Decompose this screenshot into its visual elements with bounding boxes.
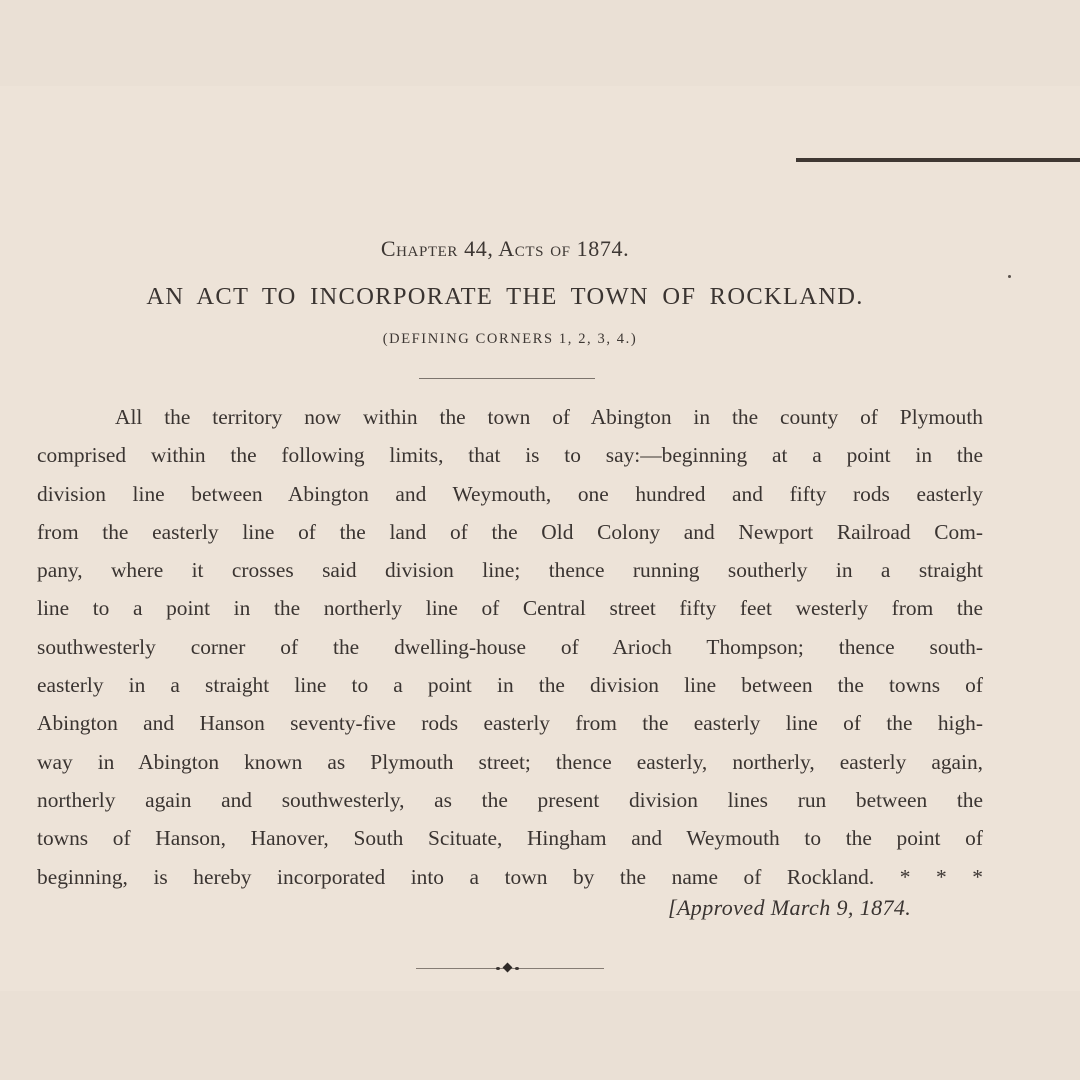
act-body: All the territory now within the town of… [37,398,983,896]
section-divider [419,378,595,379]
chapter-heading: Chapter 44, Acts of 1874. [0,236,1010,262]
body-line: comprised within the following limits, t… [37,436,983,474]
body-line: Abington and Hanson seventy-five rods ea… [37,704,983,742]
body-line: All the territory now within the town of… [37,398,983,436]
end-ornament [416,962,604,974]
top-horizontal-rule [796,158,1080,162]
body-line: line to a point in the northerly line of… [37,589,983,627]
body-line: easterly in a straight line to a point i… [37,666,983,704]
ornament-dot-icon [515,967,519,970]
chapter-heading-text: Chapter 44, Acts of 1874. [381,236,629,261]
body-line: division line between Abington and Weymo… [37,475,983,513]
body-line: way in Abington known as Plymouth street… [37,743,983,781]
ornament-dot-icon [496,967,500,970]
body-line: from the easterly line of the land of th… [37,513,983,551]
body-line: towns of Hanson, Hanover, South Scituate… [37,819,983,857]
body-line: southwesterly corner of the dwelling-hou… [37,628,983,666]
body-line: beginning, is hereby incorporated into a… [37,858,983,896]
approval-date: [Approved March 9, 1874. [668,895,911,921]
act-title: AN ACT TO INCORPORATE THE TOWN OF ROCKLA… [0,283,1010,311]
body-line: pany, where it crosses said division lin… [37,551,983,589]
body-line: northerly again and southwesterly, as th… [37,781,983,819]
act-subtitle: (DEFINING CORNERS 1, 2, 3, 4.) [0,331,1020,348]
diamond-icon [503,963,513,973]
paper-speck [1008,275,1011,278]
